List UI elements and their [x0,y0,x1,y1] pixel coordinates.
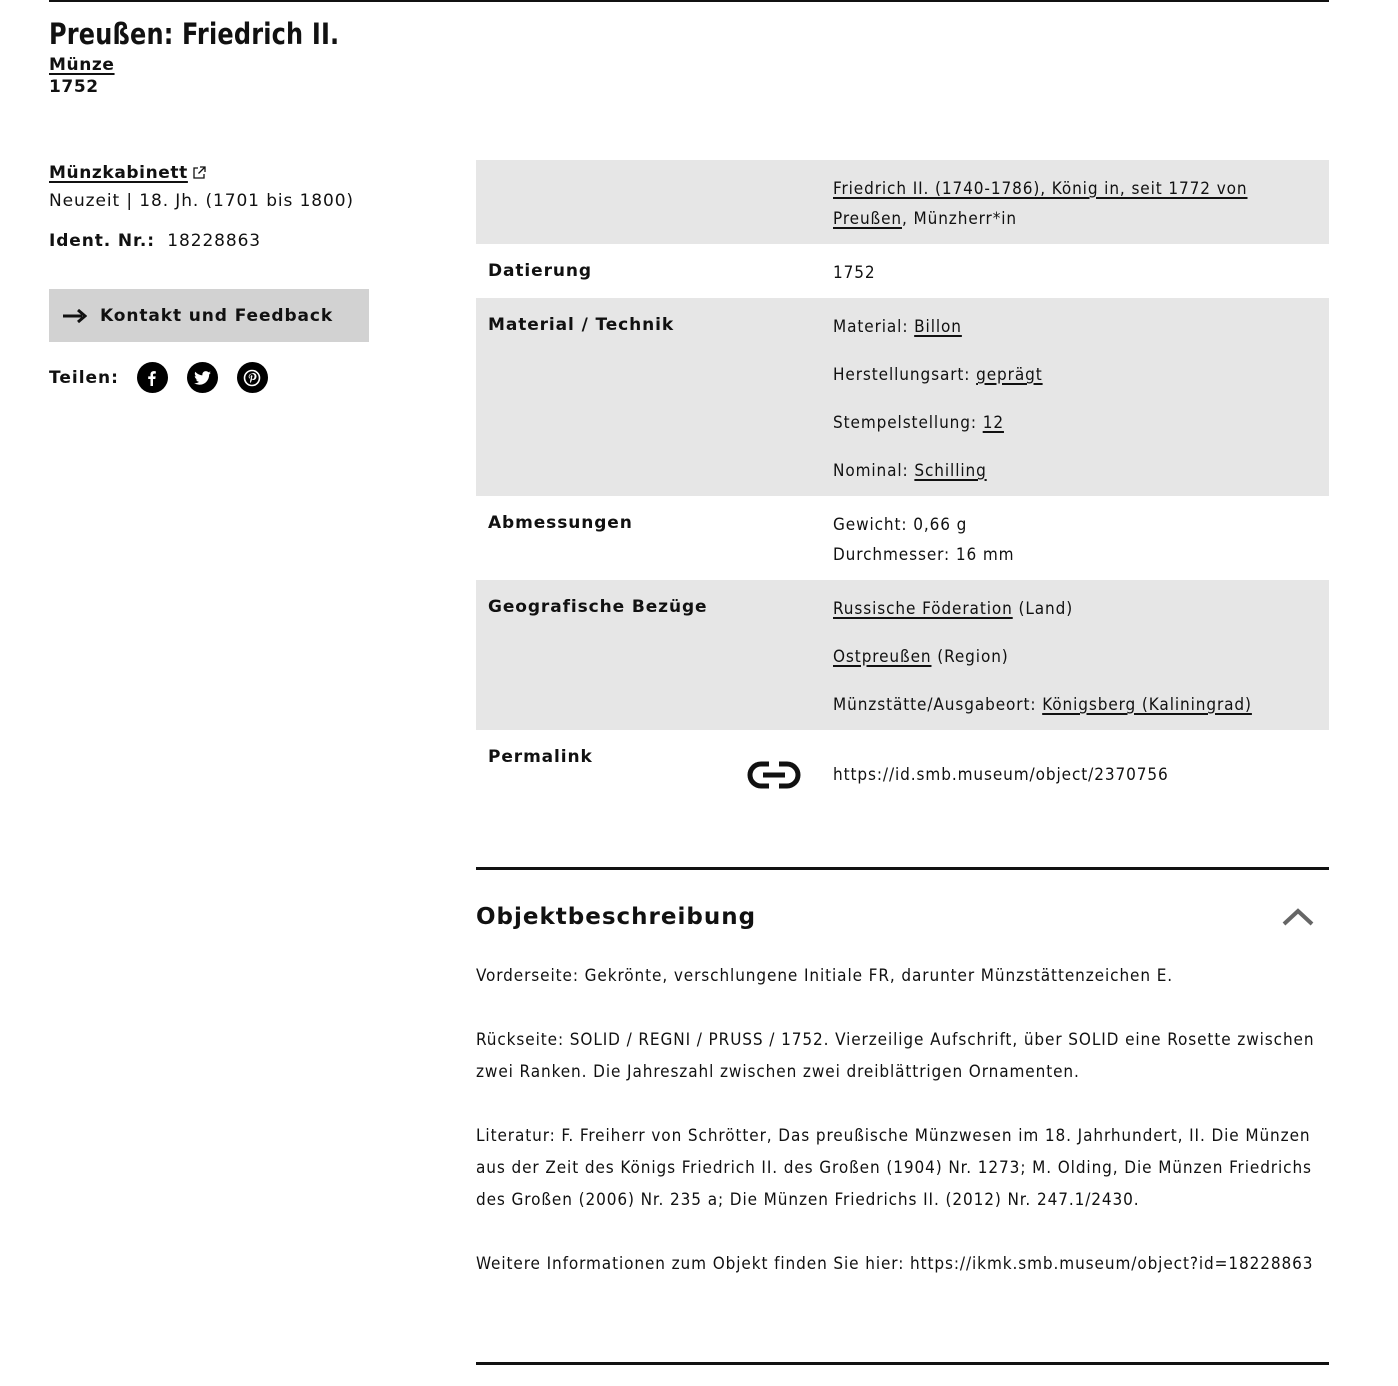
details-row-dimensions: Abmessungen Gewicht: 0,66 g Durchmesser:… [476,496,1329,580]
link-icon[interactable] [747,760,801,790]
permalink-url[interactable]: https://id.smb.museum/object/2370756 [822,744,1329,798]
description-header[interactable]: Objektbeschreibung [476,870,1329,960]
details-row-dating: Datierung 1752 [476,244,1329,298]
ident-number: Ident. Nr.: 18228863 [49,228,369,254]
chevron-up-icon[interactable] [1281,907,1315,927]
nominal-link[interactable]: Schilling [914,461,986,481]
description-obverse: Vorderseite: Gekrönte, verschlungene Ini… [476,960,1329,992]
material-item: Material: Billon [833,312,1309,342]
technique-item: Herstellungsart: geprägt [833,360,1309,390]
details-table: Friedrich II. (1740-1786), König in, sei… [476,160,1329,810]
arrow-right-icon [63,309,87,323]
description-body: Vorderseite: Gekrönte, verschlungene Ini… [476,960,1329,1296]
object-header: Preußen: Friedrich II. Münze 1752 [49,16,365,98]
technique-link[interactable]: geprägt [976,365,1043,385]
share-label: Teilen: [49,368,119,388]
ident-value: 18228863 [167,231,261,251]
item-key: Stempelstellung: [833,413,983,433]
geo-suffix: (Region) [931,647,1008,667]
collection-link[interactable]: Münzkabinett [49,160,188,186]
feedback-button[interactable]: Kontakt und Feedback [49,289,369,342]
die-axis-item: Stempelstellung: 12 [833,408,1309,438]
die-axis-link[interactable]: 12 [983,413,1004,433]
description-more-info: Weitere Informationen zum Objekt finden … [476,1248,1329,1280]
details-row-permalink: Permalink https://id.smb.museum/object/2… [476,730,1329,810]
row-value: Russische Föderation (Land) Ostpreußen (… [822,594,1329,718]
epoch: Neuzeit | 18. Jh. (1701 bis 1800) [49,188,369,214]
place-link[interactable]: Preußen [833,209,902,229]
facebook-icon[interactable] [137,362,168,393]
geo-suffix: (Land) [1013,599,1073,619]
geo-item: Münzstätte/Ausgabeort: Königsberg (Kalin… [833,690,1309,720]
ident-label: Ident. Nr.: [49,231,155,251]
description-reverse: Rückseite: SOLID / REGNI / PRUSS / 1752.… [476,1024,1329,1088]
item-key: Herstellungsart: [833,365,976,385]
person-link[interactable]: Friedrich II. (1740-1786), König in, sei… [833,179,1248,199]
row-label: Material / Technik [476,312,822,484]
row-label: Abmessungen [476,510,822,568]
share-bar: Teilen: [49,362,369,393]
region-link[interactable]: Ostpreußen [833,647,931,667]
person-role: , Münzherr*in [902,209,1017,229]
details-row-persons: Friedrich II. (1740-1786), König in, sei… [476,160,1329,244]
material-link[interactable]: Billon [914,317,962,337]
geo-item: Ostpreußen (Region) [833,642,1309,672]
mint-link[interactable]: Königsberg (Kaliningrad) [1042,695,1252,715]
description-title: Objektbeschreibung [476,904,756,930]
geo-prefix: Münzstätte/Ausgabeort: [833,695,1042,715]
top-divider [49,0,1329,2]
row-value: Gewicht: 0,66 g Durchmesser: 16 mm [822,510,1329,568]
sidebar: Münzkabinett Neuzeit | 18. Jh. (1701 bis… [49,160,369,393]
description-bottom-divider [476,1362,1329,1365]
feedback-button-label: Kontakt und Feedback [100,306,333,326]
description-section: Objektbeschreibung Vorderseite: Gekrönte… [476,867,1329,1296]
description-literature: Literatur: F. Freiherr von Schrötter, Da… [476,1120,1329,1216]
diameter: Durchmesser: 16 mm [833,540,1309,570]
row-value: 1752 [822,258,1329,286]
item-key: Material: [833,317,914,337]
object-date: 1752 [49,76,365,98]
geo-item: Russische Föderation (Land) [833,594,1309,624]
pinterest-icon[interactable] [237,362,268,393]
nominal-item: Nominal: Schilling [833,456,1309,486]
details-row-geo: Geografische Bezüge Russische Föderation… [476,580,1329,730]
collection-row: Münzkabinett [49,160,369,186]
row-label: Geografische Bezüge [476,594,822,718]
row-value: Material: Billon Herstellungsart: gepräg… [822,312,1329,484]
details-row-material: Material / Technik Material: Billon Hers… [476,298,1329,496]
page-title: Preußen: Friedrich II. [49,16,339,52]
external-link-icon[interactable] [192,166,206,180]
row-label [476,174,822,232]
twitter-icon[interactable] [187,362,218,393]
row-label: Datierung [476,258,822,286]
row-value: Friedrich II. (1740-1786), König in, sei… [822,174,1329,232]
item-key: Nominal: [833,461,914,481]
object-type-link[interactable]: Münze [49,54,115,76]
country-link[interactable]: Russische Föderation [833,599,1013,619]
weight: Gewicht: 0,66 g [833,510,1309,540]
